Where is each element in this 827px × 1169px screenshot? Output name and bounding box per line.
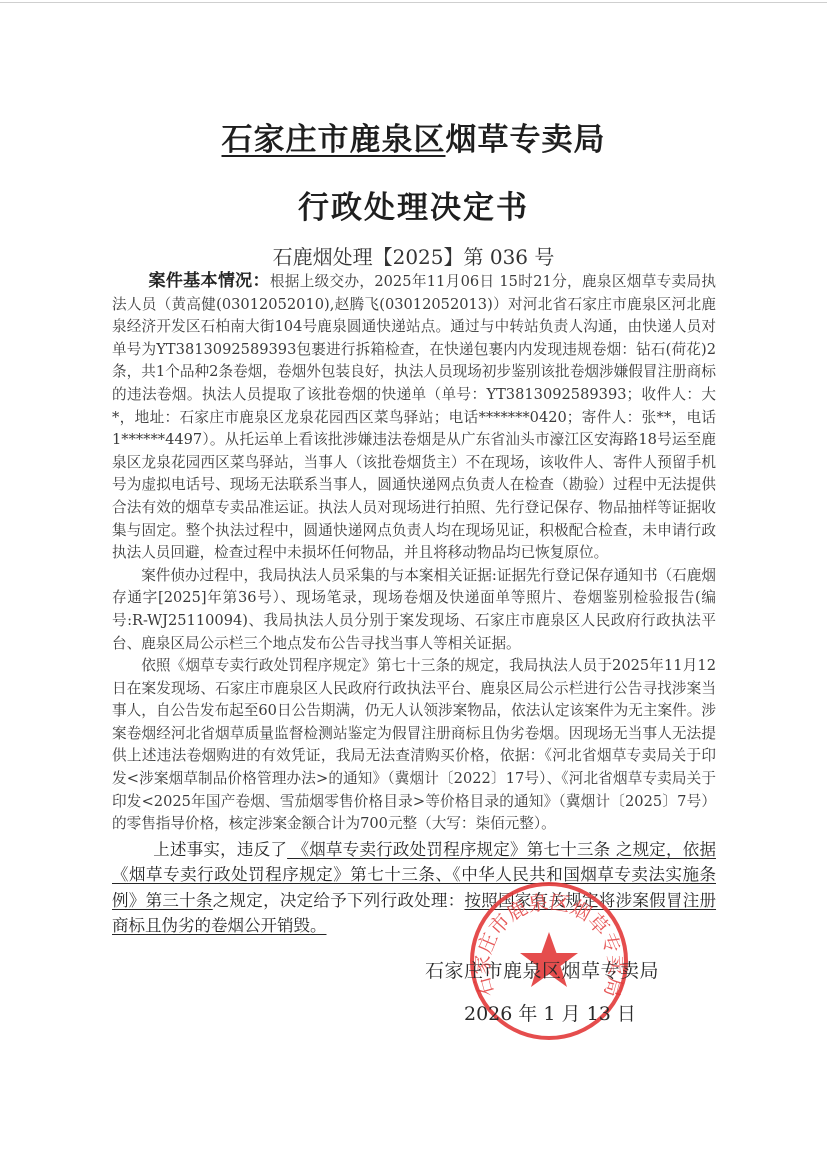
conclusion-part1: 上述事实，违反了 — [153, 840, 287, 859]
case-basic-text: 根据上级交办，2025年11月06日 15时21分，鹿泉区烟草专卖局执法人员（黄… — [112, 273, 716, 561]
issuer-title: 石家庄市鹿泉区烟草专卖局 — [0, 114, 827, 159]
signature-issuer: 石家庄市鹿泉区烟草专卖局 — [425, 956, 659, 983]
document-number: 石鹿烟处理【2025】第 036 号 — [0, 241, 827, 270]
signature-date: 2026 年 1 月 13 日 — [464, 999, 636, 1026]
case-basic-paragraph: 案件基本情况：根据上级交办，2025年11月06日 15时21分，鹿泉区烟草专卖… — [112, 270, 716, 565]
issuer-title-underlined: 石家庄市鹿泉区 — [222, 122, 446, 158]
page-edge-line — [0, 2, 827, 3]
evidence-paragraph: 案件侦办过程中，我局执法人员采集的与本案相关证据:证据先行登记保存通知书（石鹿烟… — [112, 565, 716, 655]
conclusion-part3: 之规定，决定给予下列行政处理： — [213, 891, 465, 910]
document-type-title: 行政处理决定书 — [0, 182, 827, 227]
issuer-title-rest: 烟草专卖局 — [446, 122, 606, 158]
case-basic-label: 案件基本情况： — [149, 271, 270, 291]
document-body: 案件基本情况：根据上级交办，2025年11月06日 15时21分，鹿泉区烟草专卖… — [112, 270, 716, 939]
notice-paragraph: 依照《烟草专卖行政处罚程序规定》第七十三条的规定，我局执法人员于2025年11月… — [112, 655, 716, 836]
